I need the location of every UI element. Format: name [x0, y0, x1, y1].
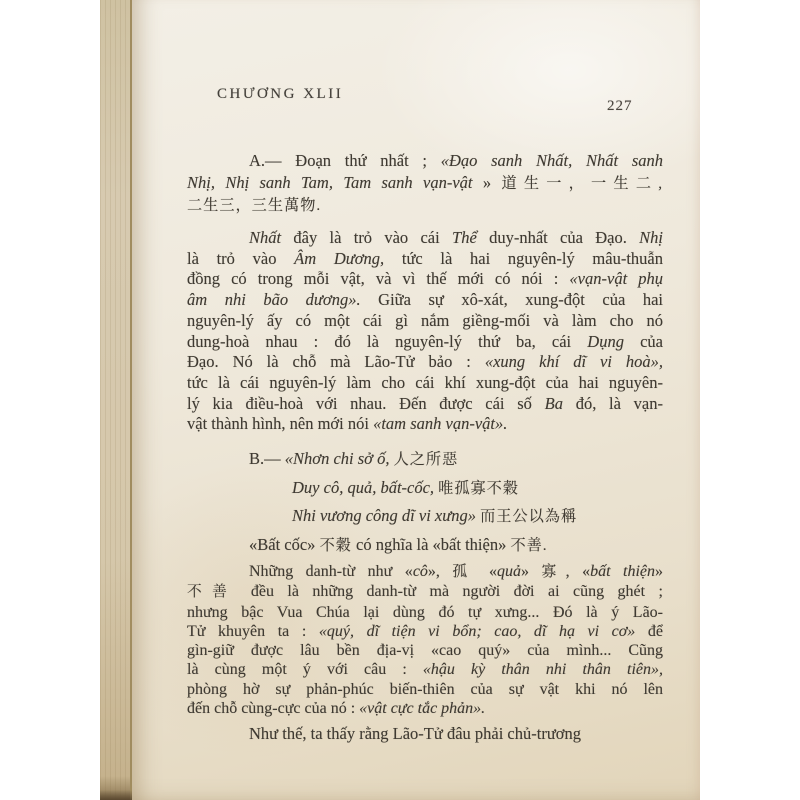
body-text: đồng có trong mỗi vật, và vì thế mới có … — [187, 269, 569, 288]
text-line: «Bất cốc» 不穀 có nghĩa là «bất thiện» 不善. — [187, 531, 663, 560]
italic-text: «xung khí dĩ vi hoà», — [485, 352, 663, 371]
chinese-text: 二生三，三生萬物. — [187, 197, 321, 214]
text-line: là cùng một ý với câu : «hậu kỳ thân nhi… — [187, 660, 663, 679]
body-text: Những danh-từ như « — [249, 563, 413, 580]
text-line: nguyên-lý ấy có một cái gì nắm giềng-mối… — [187, 311, 663, 332]
body-text: đây là trỏ vào cái — [281, 228, 452, 247]
text-line: dung-hoà nhau : đó là nguyên-lý thứ ba, … — [187, 332, 663, 353]
text-line: tức là cái nguyên-lý làm cho cái khí xun… — [187, 373, 663, 394]
italic-text: «tam sanh vạn-vật». — [373, 414, 507, 433]
text-line: đồng có trong mỗi vật, và vì thế mới có … — [187, 269, 663, 290]
body-text: », — [428, 563, 452, 580]
body-text: của — [624, 332, 663, 351]
body-text: tức là hai nguyên-lý mâu-thuẫn — [384, 249, 663, 268]
chinese-text: 不穀 — [320, 537, 352, 554]
chinese-text: 寡 — [541, 564, 565, 580]
italic-text: «vật cực tắc phản». — [359, 700, 485, 717]
body-text: nhưng bậc Vua Chúa lại dùng đó tự xưng..… — [187, 604, 663, 621]
body-text: B.— — [249, 449, 285, 468]
text-line: Nhi vương công dĩ vi xưng» 而王公以為稱 — [187, 502, 663, 531]
body-text: » — [521, 563, 541, 580]
italic-text: «hậu kỳ thân nhi thân tiên», — [423, 661, 663, 678]
italic-text: Nhất — [249, 228, 281, 247]
italic-text: quả — [497, 563, 521, 580]
text-line: Tử khuyên ta : «quý, dĩ tiện vi bổn; cao… — [187, 622, 663, 641]
book-page-edges — [100, 0, 132, 800]
paragraph-main-am-duong: Nhất đây là trỏ vào cái Thể duy-nhất của… — [187, 228, 663, 435]
italic-text: «Nhơn chi sở ố, — [285, 449, 394, 468]
text-line: phòng hờ sự phản-phúc biến-thiên của sự … — [187, 680, 663, 699]
paragraph-c-danh-tu: Những danh-từ như «cô», 孤 «quả» 寡, «bất … — [187, 562, 663, 718]
italic-text: «quý, dĩ tiện vi bổn; cao, dĩ hạ vi cơ» — [319, 623, 635, 640]
text-line: lý kia điều-hoà với nhau. Đến được cái s… — [187, 394, 663, 415]
paragraph-b-verse: B.— «Nhơn chi sở ố, 人之所惡Duy cô, quả, bất… — [187, 445, 663, 559]
body-text: «Bất cốc» — [249, 535, 320, 554]
text-line: Nhất đây là trỏ vào cái Thể duy-nhất của… — [187, 228, 663, 249]
italic-text: Nhị, Nhị sanh Tam, Tam sanh vạn-vật — [187, 173, 473, 192]
body-text: » — [473, 173, 502, 192]
body-text: để — [635, 623, 663, 640]
body-text: là cùng một ý với câu : — [187, 661, 423, 678]
body-text: có nghĩa là «bất thiện» — [352, 535, 511, 554]
text-line: đến chỗ cùng-cực của nó : «vật cực tắc p… — [187, 699, 663, 718]
body-text: phòng hờ sự phản-phúc biến-thiên của sự … — [187, 681, 663, 698]
body-text: Đạo. Nó là chỗ mà Lão-Tử bảo : — [187, 352, 485, 371]
body-text: , « — [566, 563, 590, 580]
photo-dark-corner — [100, 790, 134, 800]
body-text: dung-hoà nhau : đó là nguyên-lý thứ ba, … — [187, 332, 587, 351]
body-text: là trỏ vào — [187, 249, 294, 268]
text-line: 二生三，三生萬物. — [187, 194, 663, 217]
text-line: Duy cô, quả, bất-cốc, 唯孤寡不穀 — [187, 474, 663, 503]
italic-text: Dụng — [587, 332, 624, 351]
italic-text: Nhi vương công dĩ vi xưng» — [292, 506, 480, 525]
book-page: CHƯƠNG XLII 227 A.— Đoạn thứ nhất ; «Đạo… — [132, 0, 700, 800]
paragraph-final: Như thế, ta thấy rằng Lão-Tử đâu phải ch… — [187, 724, 663, 744]
italic-text: Thể — [452, 228, 477, 247]
italic-text: «Đạo sanh Nhất, Nhất sanh — [441, 151, 663, 170]
chinese-text: 人之所惡 — [394, 451, 459, 468]
body-text: đến chỗ cùng-cực của nó : — [187, 700, 359, 717]
text-line: Đạo. Nó là chỗ mà Lão-Tử bảo : «xung khí… — [187, 352, 663, 373]
italic-text: Duy cô, quả, bất-cốc, — [292, 478, 438, 497]
text-line: là trỏ vào Âm Dương, tức là hai nguyên-l… — [187, 249, 663, 270]
body-text: nguyên-lý ấy có một cái gì nắm giềng-mối… — [187, 311, 663, 330]
body-text: tức là cái nguyên-lý làm cho cái khí xun… — [187, 373, 663, 392]
text-line: 不善 đều là những danh-từ mà người đời ai … — [187, 582, 663, 602]
body-text: đều là những danh-từ mà người đời ai cũn… — [237, 583, 663, 600]
paragraph-a-dao-sanh: A.— Đoạn thứ nhất ; «Đạo sanh Nhất, Nhất… — [187, 150, 663, 217]
body-text: « — [477, 563, 497, 580]
text-line: A.— Đoạn thứ nhất ; «Đạo sanh Nhất, Nhất… — [187, 150, 663, 172]
body-text: Giữa sự xô-xát, xung-đột của hai — [361, 290, 663, 309]
body-text: » — [655, 563, 663, 580]
body-text: gìn-giữ được lâu bền địa-vị «cao quý» củ… — [187, 642, 663, 659]
chinese-text: 不善 — [187, 584, 237, 600]
body-text: A.— Đoạn thứ nhất ; — [249, 151, 441, 170]
text-line: Những danh-từ như «cô», 孤 «quả» 寡, «bất … — [187, 562, 663, 582]
text-line: Nhị, Nhị sanh Tam, Tam sanh vạn-vật » 道生… — [187, 172, 663, 195]
chinese-text: 道生一，一生二, — [501, 175, 663, 192]
body-text: lý kia điều-hoà với nhau. Đến được cái s… — [187, 394, 545, 413]
text-line: B.— «Nhơn chi sở ố, 人之所惡 — [187, 445, 663, 474]
text-line: âm nhi bão dương». Giữa sự xô-xát, xung-… — [187, 290, 663, 311]
chinese-text: 不善. — [510, 537, 547, 554]
body-text: Như thế, ta thấy rằng Lão-Tử đâu phải ch… — [249, 724, 581, 743]
chinese-text: 而王公以為稱 — [480, 508, 577, 525]
chinese-text: 唯孤寡不穀 — [438, 480, 519, 497]
text-line: gìn-giữ được lâu bền địa-vị «cao quý» củ… — [187, 641, 663, 660]
book-photo: CHƯƠNG XLII 227 A.— Đoạn thứ nhất ; «Đạo… — [100, 0, 700, 800]
italic-text: Nhị — [639, 228, 663, 247]
text-line: Như thế, ta thấy rằng Lão-Tử đâu phải ch… — [187, 724, 663, 744]
body-text: vật thành hình, nên mới nói — [187, 414, 373, 433]
body-text: Tử khuyên ta : — [187, 623, 319, 640]
italic-text: Âm Dương, — [294, 249, 384, 268]
screenshot-canvas: CHƯƠNG XLII 227 A.— Đoạn thứ nhất ; «Đạo… — [0, 0, 800, 800]
body-text: duy-nhất của Đạo. — [477, 228, 639, 247]
italic-text: âm nhi bão dương». — [187, 290, 361, 309]
italic-text: Ba — [545, 394, 563, 413]
text-line: nhưng bậc Vua Chúa lại dùng đó tự xưng..… — [187, 603, 663, 622]
text-body: A.— Đoạn thứ nhất ; «Đạo sanh Nhất, Nhất… — [187, 0, 663, 800]
italic-text: bất thiện — [590, 563, 655, 580]
body-text: đó, là vạn- — [563, 394, 663, 413]
italic-text: cô — [413, 563, 428, 580]
text-line: vật thành hình, nên mới nói «tam sanh vạ… — [187, 414, 663, 435]
italic-text: «vạn-vật phụ — [569, 269, 663, 288]
chinese-text: 孤 — [452, 564, 476, 580]
